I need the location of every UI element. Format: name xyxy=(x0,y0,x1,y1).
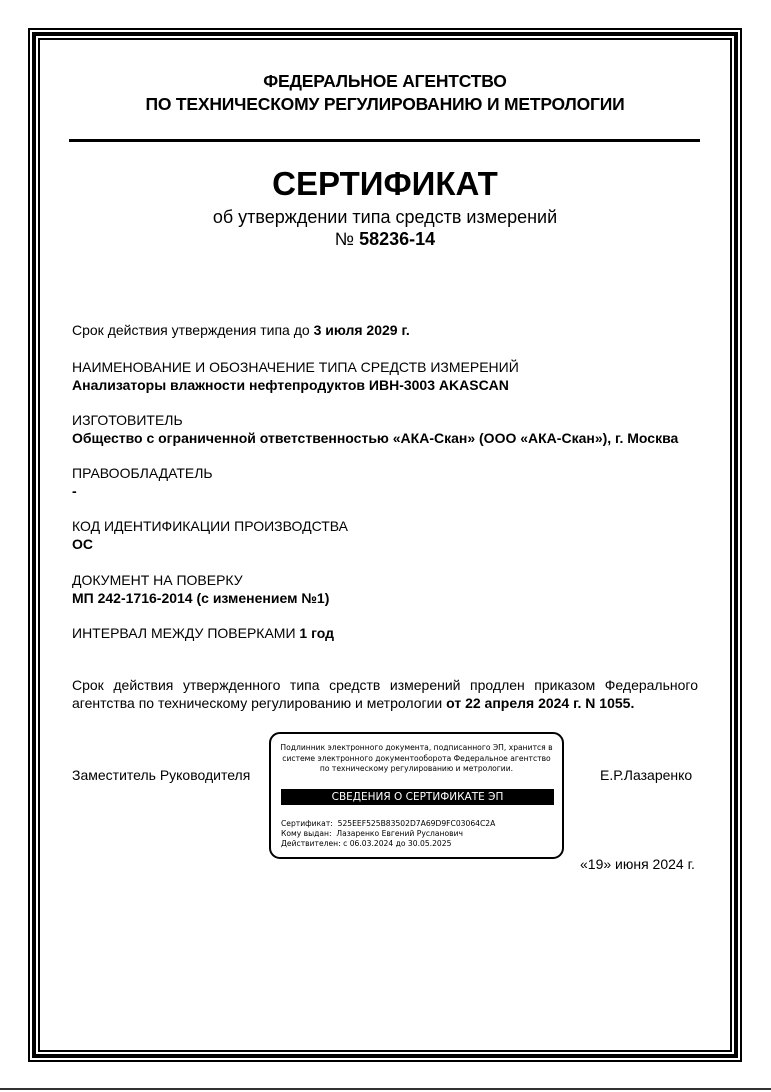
stamp-issued-to-label: Кому выдан: xyxy=(281,829,332,838)
field-value: - xyxy=(72,482,213,500)
field-instrument-type: НАИМЕНОВАНИЕ И ОБОЗНАЧЕНИЕ ТИПА СРЕДСТВ … xyxy=(72,358,519,394)
signatory-position: Заместитель Руководителя xyxy=(72,766,250,784)
number-prefix: № xyxy=(335,229,354,249)
header-divider xyxy=(69,139,700,142)
stamp-details: Сертификат: 525EEF525B83502D7A69D9FC0306… xyxy=(281,819,495,849)
signature-date: «19» июня 2024 г. xyxy=(580,855,695,873)
field-label: КОД ИДЕНТИФИКАЦИИ ПРОИЗВОДСТВА xyxy=(72,517,348,535)
agency-line-2: ПО ТЕХНИЧЕСКОМУ РЕГУЛИРОВАНИЮ И МЕТРОЛОГ… xyxy=(40,93,730,116)
field-rights-holder: ПРАВООБЛАДАТЕЛЬ - xyxy=(72,464,213,500)
field-verification-doc: ДОКУМЕНТ НА ПОВЕРКУ МП 242-1716-2014 (с … xyxy=(72,571,329,607)
field-label: НАИМЕНОВАНИЕ И ОБОЗНАЧЕНИЕ ТИПА СРЕДСТВ … xyxy=(72,358,519,376)
extension-paragraph: Срок действия утвержденного типа средств… xyxy=(72,676,698,712)
interval-value: 1 год xyxy=(299,625,334,641)
field-label: ПРАВООБЛАДАТЕЛЬ xyxy=(72,464,213,482)
stamp-certificate-value: 525EEF525B83502D7A69D9FC03064C2A xyxy=(338,819,496,828)
validity-line: Срок действия утверждения типа до 3 июля… xyxy=(72,321,410,339)
stamp-valid-value: с 06.03.2024 до 30.05.2025 xyxy=(343,839,451,848)
validity-value: 3 июля 2029 г. xyxy=(314,322,410,338)
electronic-signature-stamp: Подлинник электронного документа, подпис… xyxy=(269,732,564,859)
field-verification-interval: ИНТЕРВАЛ МЕЖДУ ПОВЕРКАМИ 1 год xyxy=(72,624,334,642)
stamp-issued-to-row: Кому выдан: Лазаренко Евгений Русланович xyxy=(281,829,495,839)
field-label: ДОКУМЕНТ НА ПОВЕРКУ xyxy=(72,571,329,589)
field-value: ОС xyxy=(72,535,348,553)
stamp-valid-row: Действителен: с 06.03.2024 до 30.05.2025 xyxy=(281,839,495,849)
field-value: МП 242-1716-2014 (с изменением №1) xyxy=(72,589,329,607)
number-value: 58236-14 xyxy=(359,229,435,249)
field-label: ИЗГОТОВИТЕЛЬ xyxy=(72,411,678,429)
field-manufacturer: ИЗГОТОВИТЕЛЬ Общество с ограниченной отв… xyxy=(72,411,678,447)
interval-label: ИНТЕРВАЛ МЕЖДУ ПОВЕРКАМИ xyxy=(72,625,296,641)
stamp-certificate-label: Сертификат: xyxy=(281,819,333,828)
signatory-name: Е.Р.Лазаренко xyxy=(600,766,692,784)
field-value: Общество с ограниченной ответственностью… xyxy=(72,429,678,447)
field-production-code: КОД ИДЕНТИФИКАЦИИ ПРОИЗВОДСТВА ОС xyxy=(72,517,348,553)
certificate-title: СЕРТИФИКАТ xyxy=(40,164,730,204)
agency-line-1: ФЕДЕРАЛЬНОЕ АГЕНТСТВО xyxy=(40,70,730,93)
page-separator xyxy=(0,1088,771,1090)
stamp-issued-to-value: Лазаренко Евгений Русланович xyxy=(336,829,463,838)
stamp-banner: СВЕДЕНИЯ О СЕРТИФИКАТЕ ЭП xyxy=(281,789,554,805)
validity-label: Срок действия утверждения типа до xyxy=(72,322,310,338)
stamp-note: Подлинник электронного документа, подпис… xyxy=(279,743,554,775)
agency-header: ФЕДЕРАЛЬНОЕ АГЕНТСТВО ПО ТЕХНИЧЕСКОМУ РЕ… xyxy=(40,70,730,116)
certificate-subtitle: об утверждении типа средств измерений xyxy=(40,206,730,228)
stamp-valid-label: Действителен: xyxy=(281,839,341,848)
stamp-certificate-row: Сертификат: 525EEF525B83502D7A69D9FC0306… xyxy=(281,819,495,829)
extension-order: от 22 апреля 2024 г. N 1055. xyxy=(446,695,634,711)
certificate-number: № 58236-14 xyxy=(40,228,730,250)
field-value: Анализаторы влажности нефтепродуктов ИВН… xyxy=(72,376,519,394)
